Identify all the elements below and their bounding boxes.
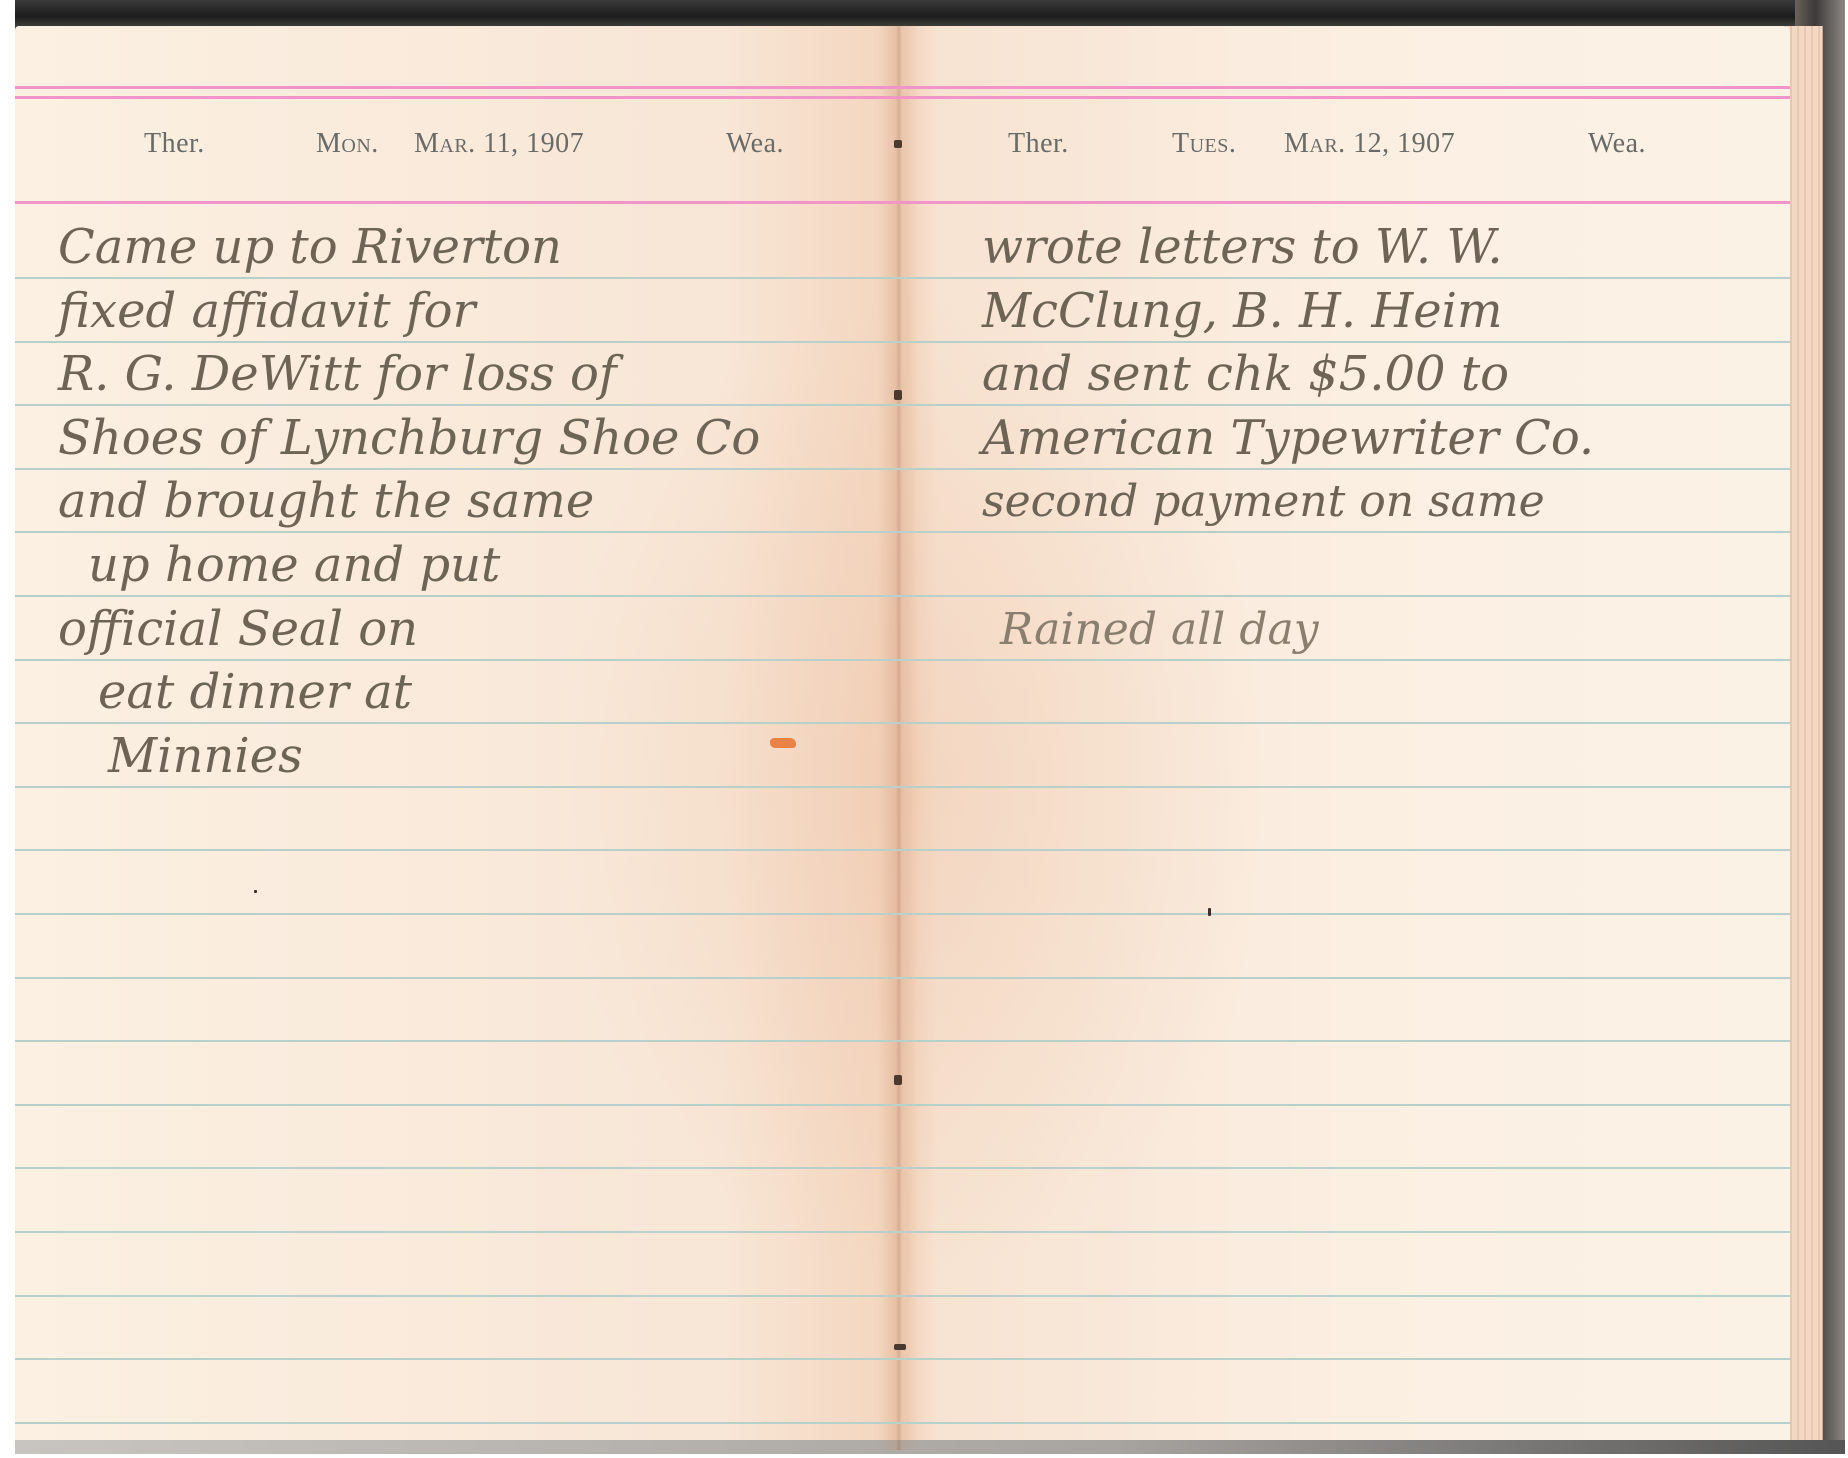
entry-line: second payment on same <box>982 470 1782 534</box>
ink-speck <box>1208 908 1211 916</box>
entry-line: eat dinner at <box>58 661 858 725</box>
weather-note-text: Rained all day <box>1000 598 1700 662</box>
right-page-header: Ther. Tues. Mar. 12, 1907 Wea. <box>0 128 1848 168</box>
binding-stitch <box>894 1344 906 1350</box>
ruled-line <box>15 1358 1790 1360</box>
weather-label: Wea. <box>1588 128 1646 160</box>
header-rule-bottom <box>15 201 1790 204</box>
ruled-line <box>15 977 1790 979</box>
entry-line: Shoes of Lynchburg Shoe Co <box>58 407 858 471</box>
entry-line: wrote letters to W. W. <box>982 216 1782 280</box>
entry-line: McClung, B. H. Heim <box>982 280 1782 344</box>
book-spine-gutter <box>878 26 918 1450</box>
header-rule-top-second <box>15 96 1790 99</box>
header-rule-top <box>15 86 1790 89</box>
entry-line: and brought the same <box>58 470 858 534</box>
entry-line: American Typewriter Co. <box>982 407 1782 471</box>
weather-note: Rained all day <box>1000 598 1700 662</box>
ink-speck <box>254 890 257 893</box>
binding-stitch <box>894 1075 902 1085</box>
ruled-line <box>15 913 1790 915</box>
entry-line: Came up to Riverton <box>58 216 858 280</box>
entry-line: Minnies <box>58 725 858 789</box>
date: Mar. 12, 1907 <box>1284 128 1455 160</box>
binding-stitch <box>894 390 902 400</box>
entry-line: up home and put <box>58 534 858 598</box>
page-stack-edges <box>1786 26 1823 1444</box>
right-page-entry: wrote letters to W. W. McClung, B. H. He… <box>982 216 1782 534</box>
ruled-line <box>15 1231 1790 1233</box>
entry-line: official Seal on <box>58 598 858 662</box>
ruled-line <box>15 849 1790 851</box>
entry-line: R. G. DeWitt for loss of <box>58 343 858 407</box>
entry-line: fixed affidavit for <box>58 280 858 344</box>
orange-stain <box>770 738 796 748</box>
ruled-line <box>15 1295 1790 1297</box>
ruled-line <box>15 1167 1790 1169</box>
day-of-week: Tues. <box>1172 128 1236 160</box>
ruled-line <box>15 1104 1790 1106</box>
entry-line: and sent chk $5.00 to <box>982 343 1782 407</box>
left-page-entry: Came up to Riverton fixed affidavit for … <box>58 216 858 788</box>
book-cover-bottom-edge <box>15 1440 1845 1454</box>
thermometer-label: Ther. <box>1008 128 1069 160</box>
ruled-line <box>15 1422 1790 1424</box>
ruled-line <box>15 1040 1790 1042</box>
